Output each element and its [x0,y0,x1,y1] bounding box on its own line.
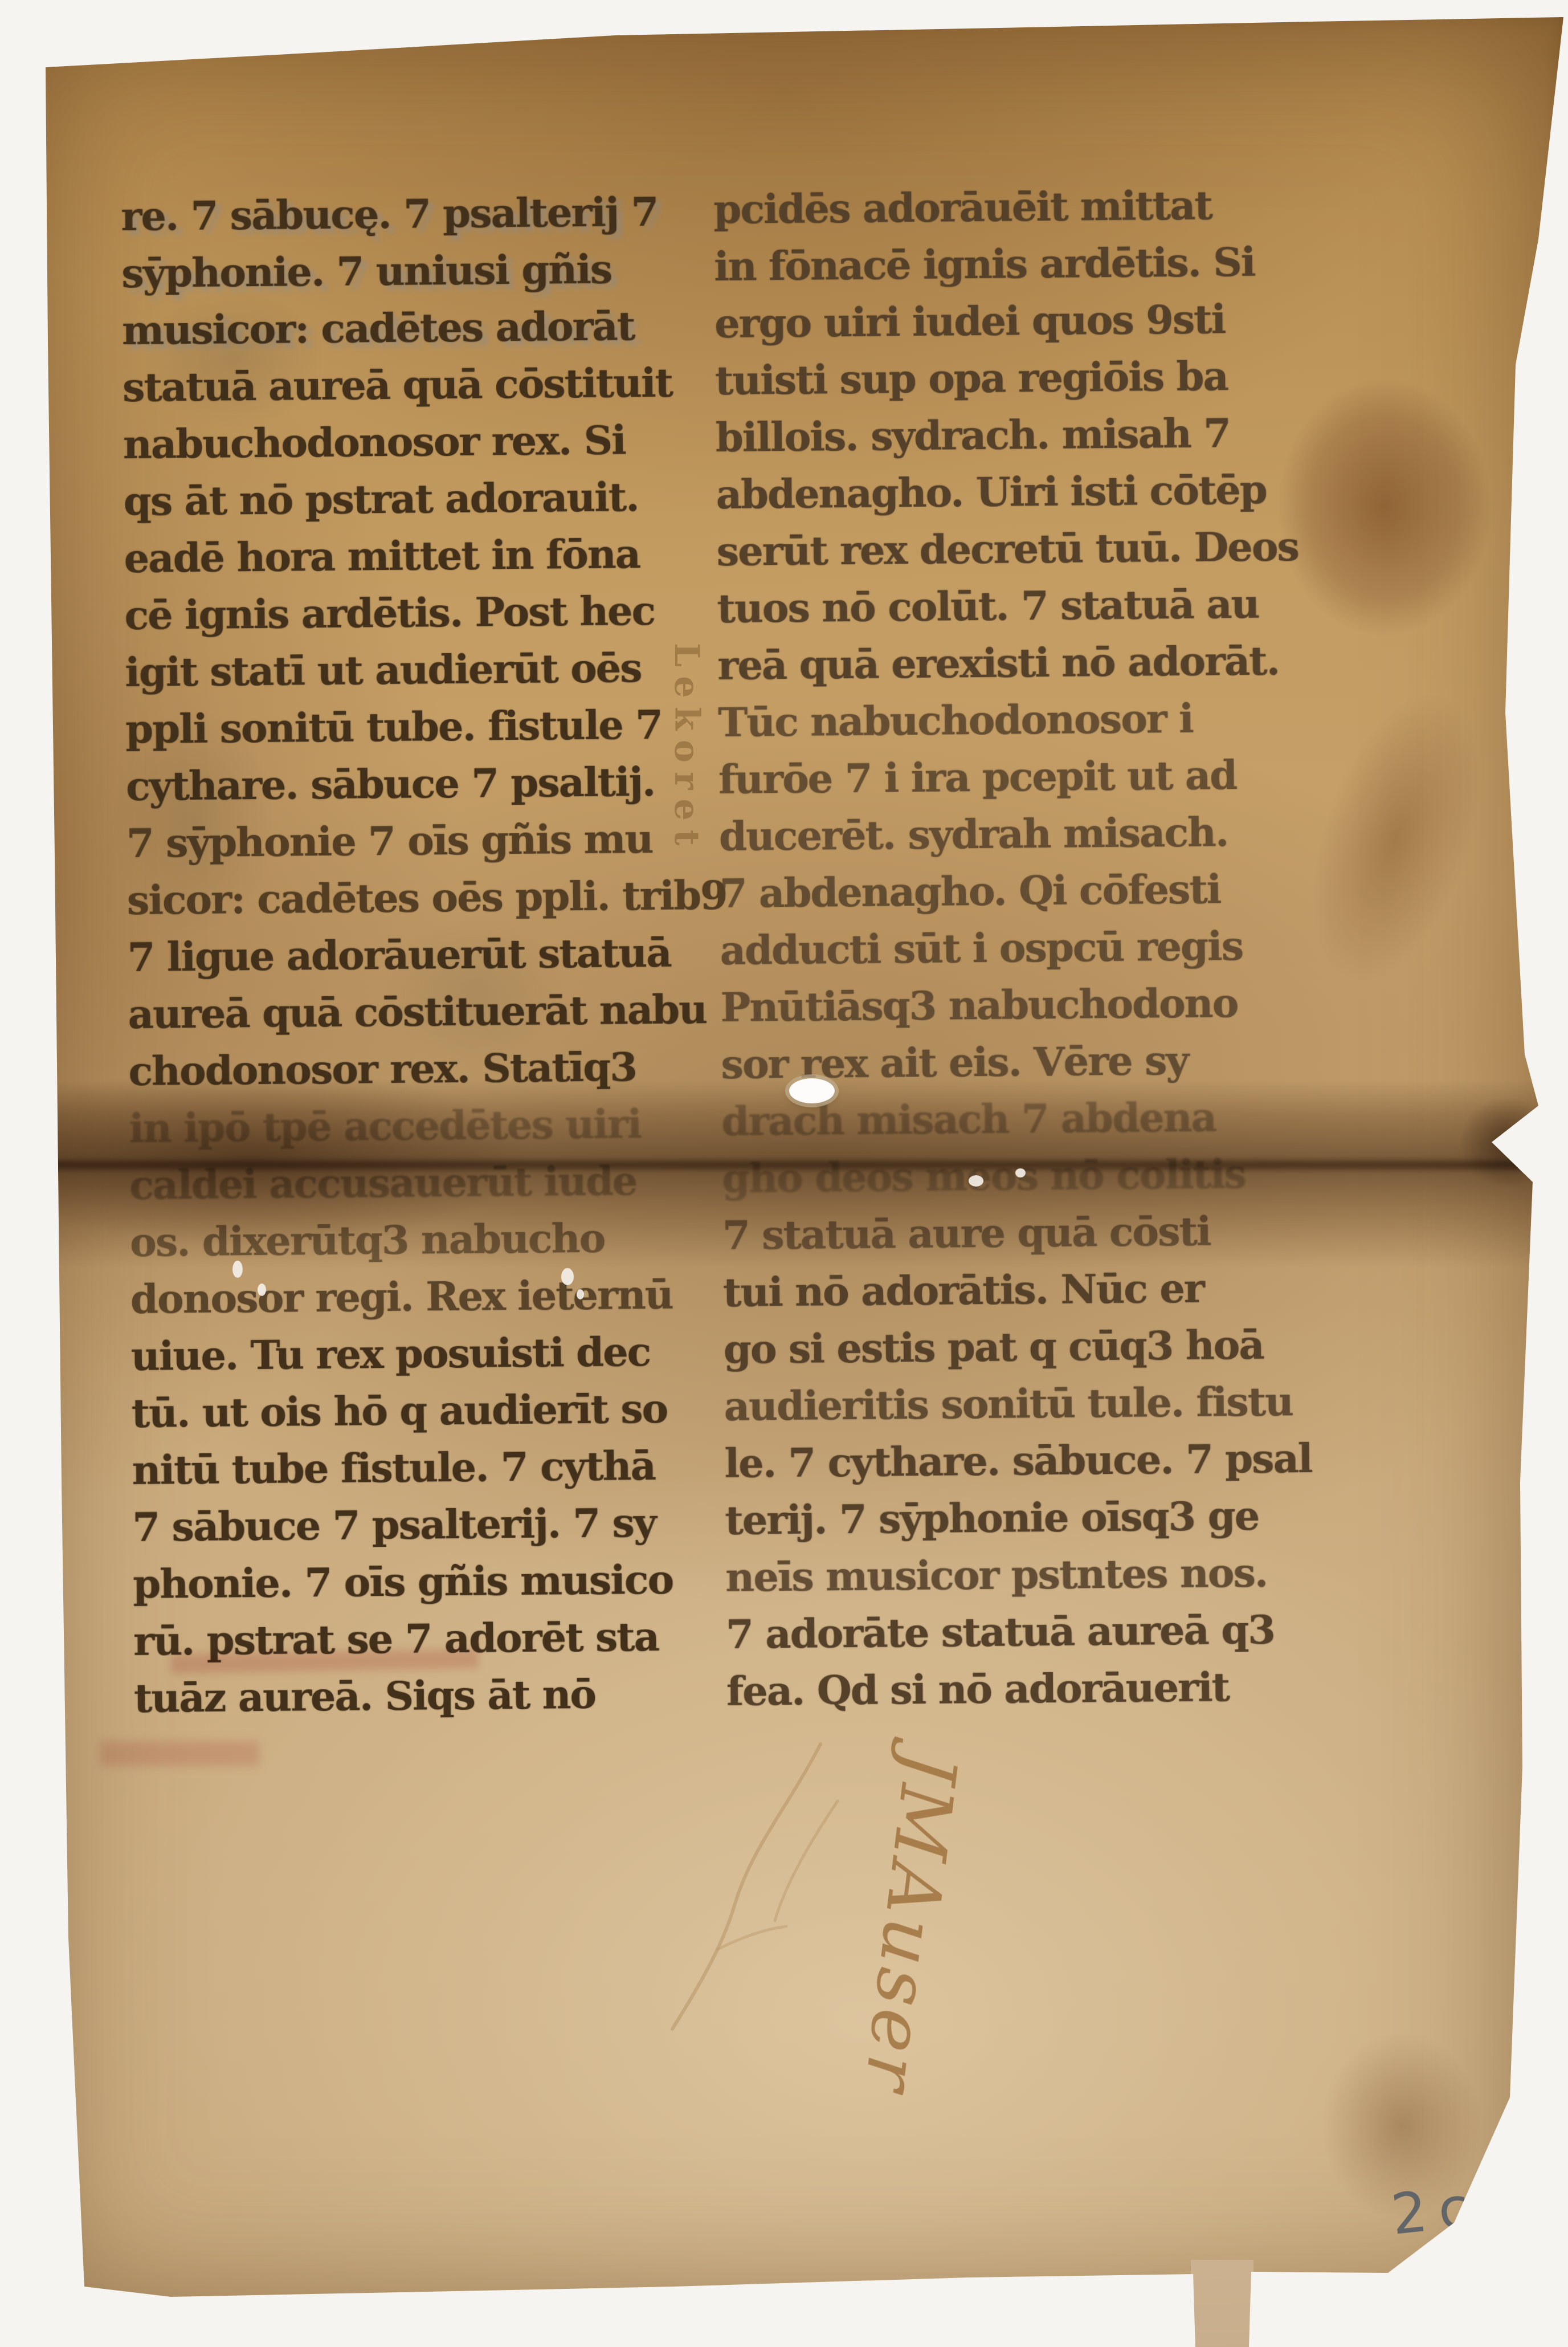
text-line: uiue. Tu rex posuisti dec [130,1323,731,1385]
surface-fleck [258,1283,266,1296]
text-line: caldei accusauerūt iude [129,1152,730,1214]
marginal-inscription: Lekoret [667,643,707,854]
text-line: audieritis sonitū tule. fistu [724,1373,1312,1435]
text-line: 7 sābuce 7 psalterij. 7 sy [132,1494,733,1556]
text-line: 7 sȳphonie 7 oīs gñis mu [126,810,727,872]
text-line: ergo uiri iudei quos 9sti [714,290,1302,352]
text-line: go si estis pat q cūq3 hoā [723,1316,1311,1378]
text-line: billois. sydrach. misah 7 [715,404,1303,466]
surface-fleck [577,1289,584,1299]
text-line: fea. Qd si nō adorāuerit [726,1658,1314,1720]
text-line: phonie. 7 oīs gñis musico [133,1551,733,1613]
text-line: donosor regi. Rex ieternū [130,1266,731,1328]
text-line: os. dixerūtq3 nabucho [130,1209,730,1271]
text-line: sicor: cadētes oēs ppli. trib9 [126,867,727,929]
text-line: aureā quā cōstituerāt nabu [128,981,728,1043]
scan-background: re. 7 sābucę. 7 psalterij 7sȳphonie. 7 u… [0,0,1568,2347]
text-line: sȳphonie. 7 uniusi gñis [121,240,722,302]
text-line: re. 7 sābucę. 7 psalterij 7 [121,183,721,245]
edge-tear-shadow [1447,1086,1567,1200]
text-line: neīs musicor pstntes nos. [725,1544,1313,1606]
parchment-hole [789,1078,835,1103]
surface-fleck [561,1268,574,1285]
text-column-right: pcidēs adorāuēit mittatin fōnacē ignis a… [713,176,1314,1720]
text-line: cythare. sābuce 7 psaltij. [126,753,726,815]
text-line: tui nō adorātis. Nūc er [723,1259,1311,1321]
text-line: 7 statuā aure quā cōsti [722,1202,1310,1264]
text-line: 7 abdenagho. Qi cōfesti [719,860,1307,922]
text-line: serūt rex decretū tuū. Deos [716,518,1304,580]
folio-number-mark: 2c [1388,2174,1483,2248]
text-line: cē ignis ardētis. Post hec [124,582,725,644]
text-line: Tūc nabuchodonosor i [718,689,1306,751]
parchment-tab [1191,2260,1253,2347]
text-line: eadē hora mittet in fōna [124,525,724,587]
manuscript-leaf: re. 7 sābucę. 7 psalterij 7sȳphonie. 7 u… [0,0,1568,2347]
text-column-left: re. 7 sābucę. 7 psalterij 7sȳphonie. 7 u… [121,183,734,1727]
text-line: ducerēt. sydrah misach. [719,803,1307,865]
text-line: 7 adorāte statuā aureā q3 [726,1601,1314,1663]
surface-fleck [969,1175,983,1187]
red-showthrough [100,1741,259,1766]
text-line: tuisti sup opa regiōis ba [715,347,1303,409]
text-line: musicor: cadētes adorāt [122,297,722,359]
text-line: in fōnacē ignis ardētis. Si [714,233,1302,295]
text-line: tuāz aureā. Siqs āt nō [134,1665,734,1727]
text-line: rū. pstrat se 7 adorēt sta [133,1608,734,1670]
text-line: nitū tube fistule. 7 cythā [132,1437,732,1499]
text-line: terij. 7 sȳphonie oīsq3 ge [725,1487,1313,1549]
text-line: chodonosor rex. Statīq3 [128,1038,729,1100]
text-line: Pnūtiāsq3 nabuchodono [720,974,1308,1036]
text-line: ppli sonitū tube. fistule 7 [125,696,726,758]
text-line: adducti sūt i ospcū regis [720,917,1308,979]
faint-pen-scrawl [650,1733,889,2052]
surface-fleck [232,1261,243,1278]
text-line: in ipō tpē accedētes uiri [129,1095,729,1157]
text-line: tuos nō colūt. 7 statuā au [717,575,1305,637]
text-line: statuā aureā quā cōstituit [122,354,723,416]
text-line: 7 ligue adorāuerūt statuā [127,924,728,986]
text-line: le. 7 cythare. sābuce. 7 psal [724,1430,1312,1492]
text-line: furōe 7 i ira pcepit ut ad [718,746,1306,808]
text-line: qs āt nō pstrat adorauit. [123,468,724,530]
text-line: igit statī ut audierūt oēs [125,639,725,701]
text-line: nabuchodonosor rex. Si [122,411,723,473]
text-line: gho deos meos nō colitis [722,1145,1310,1207]
text-line: abdenagho. Uiri isti cōtēp [716,461,1304,523]
text-line: pcidēs adorāuēit mittat [713,176,1301,238]
text-line: tū. ut ois hō q audierīt so [131,1380,732,1442]
surface-fleck [1015,1168,1026,1177]
text-line: reā quā erexisti nō adorāt. [717,632,1305,694]
